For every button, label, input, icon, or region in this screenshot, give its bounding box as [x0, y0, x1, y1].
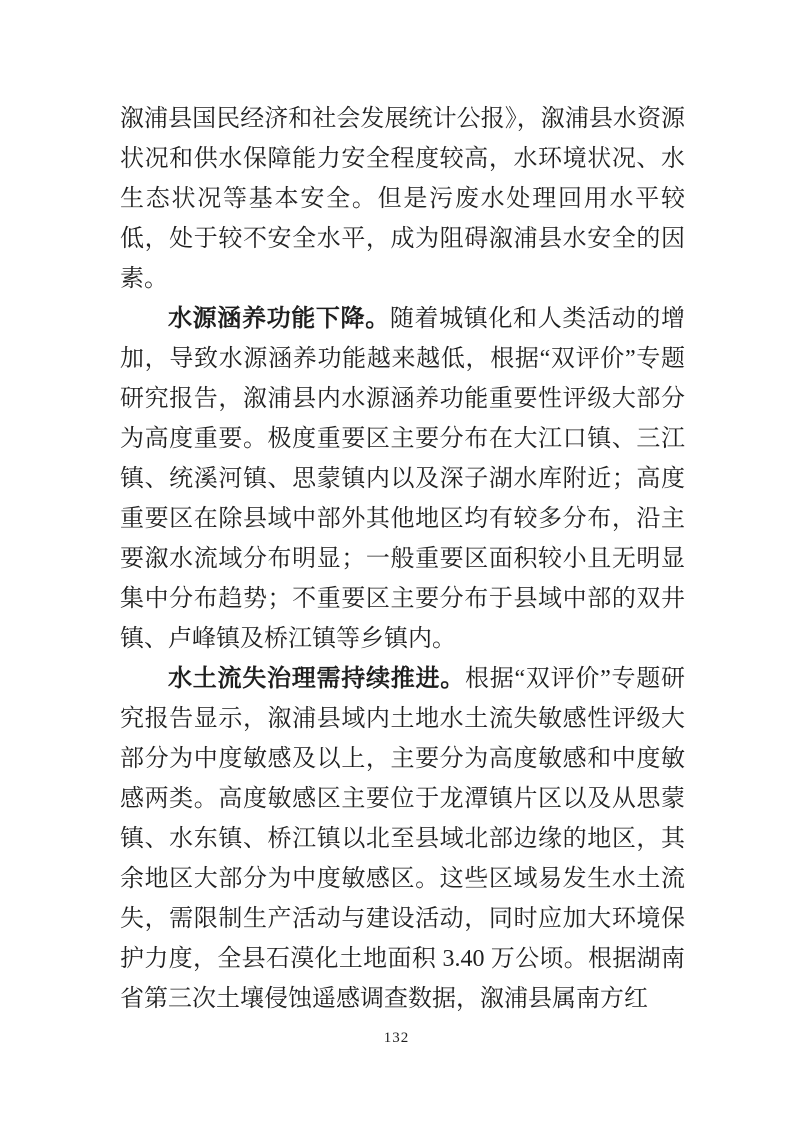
- paragraph-text: 随着城镇化和人类活动的增加，导致水源涵养功能越来越低，根据“双评价”专题研究报告…: [120, 306, 685, 652]
- paragraph-continuation: 溆浦县国民经济和社会发展统计公报》，溆浦县水资源状况和供水保障能力安全程度较高，…: [120, 99, 685, 299]
- document-page: 溆浦县国民经济和社会发展统计公报》，溆浦县水资源状况和供水保障能力安全程度较高，…: [0, 0, 793, 1122]
- paragraph-lead-bold: 水源涵养功能下降。: [168, 306, 390, 332]
- page-number: 132: [0, 1028, 793, 1048]
- text-block: 溆浦县国民经济和社会发展统计公报》，溆浦县水资源状况和供水保障能力安全程度较高，…: [120, 99, 685, 1019]
- paragraph-soil-erosion: 水土流失治理需持续推进。根据“双评价”专题研究报告显示，溆浦县域内土地水土流失敏…: [120, 659, 685, 1019]
- paragraph-text: 根据“双评价”专题研究报告显示，溆浦县域内土地水土流失敏感性评级大部分为中度敏感…: [120, 666, 685, 1012]
- paragraph-water-conservation: 水源涵养功能下降。随着城镇化和人类活动的增加，导致水源涵养功能越来越低，根据“双…: [120, 299, 685, 659]
- paragraph-lead-bold: 水土流失治理需持续推进。: [168, 666, 465, 692]
- paragraph-text: 溆浦县国民经济和社会发展统计公报》，溆浦县水资源状况和供水保障能力安全程度较高，…: [120, 106, 685, 292]
